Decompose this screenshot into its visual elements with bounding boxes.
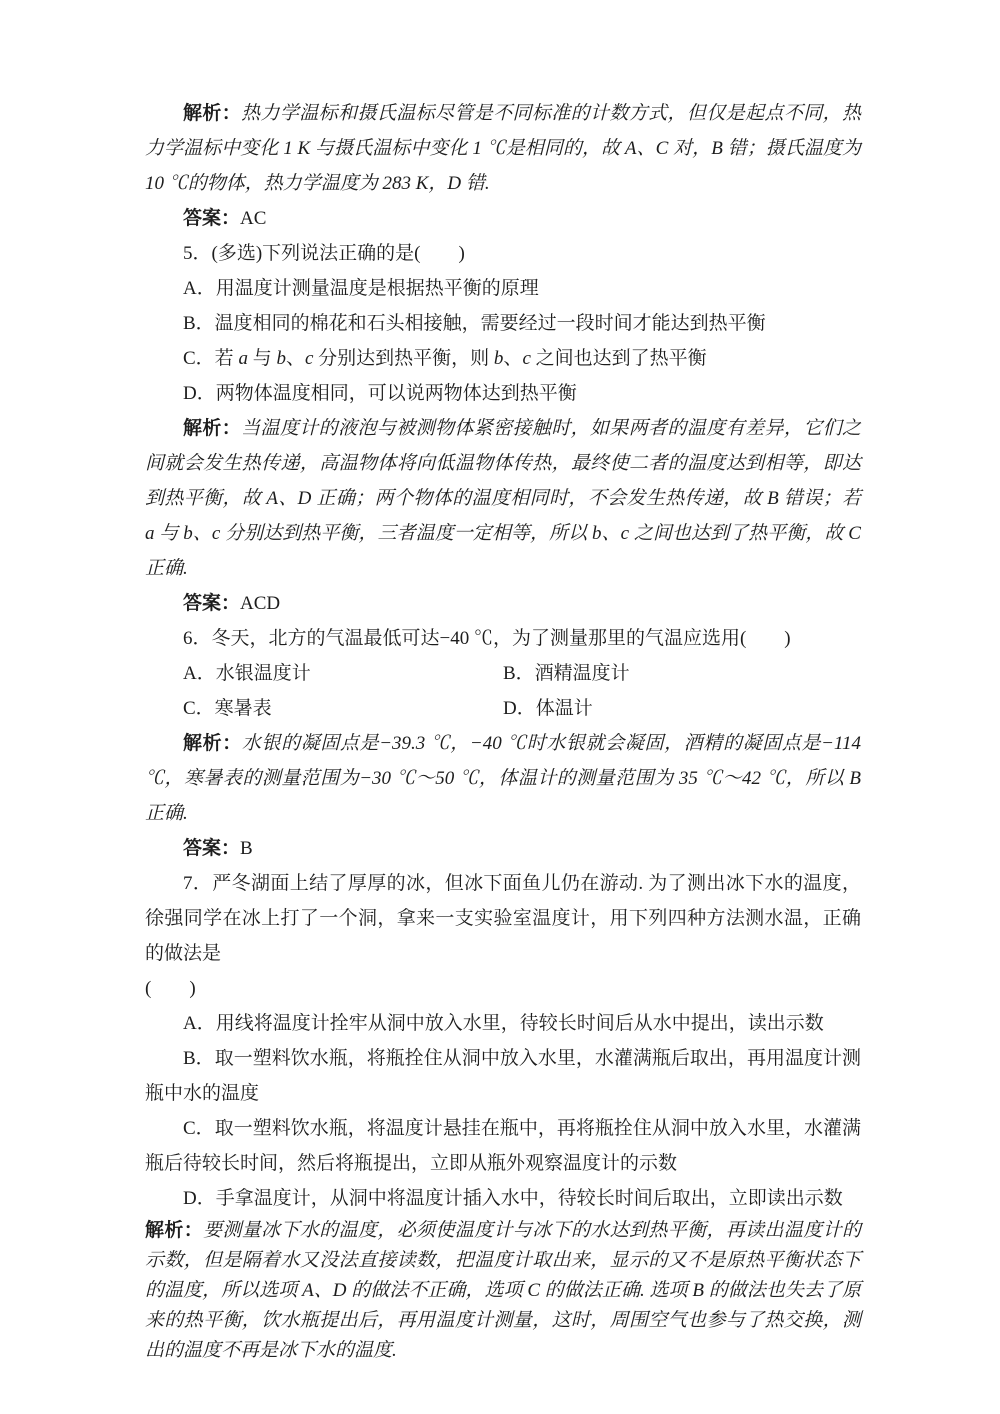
q5-analysis-paragraph: 解析：当温度计的液泡与被测物体紧密接触时，如果两者的温度有差异，它们之间就会发生… [145,411,861,586]
exercise-answer-page: 解析：热力学温标和摄氏温标尽管是不同标准的计数方式，但仅是起点不同，热力学温标中… [0,0,1000,1414]
q7-option-c: C．取一塑料饮水瓶，将温度计悬挂在瓶中，再将瓶拴住从洞中放入水里，水灌满瓶后待较… [145,1111,861,1181]
q4-analysis-label: 解析： [183,103,241,124]
q7-analysis-paragraph: 解析：要测量冰下水的温度，必须使温度计与冰下的水达到热平衡，再读出温度计的示数，… [145,1216,861,1366]
q4-answer-paragraph: 答案：AC [145,201,861,236]
q5-option-c: C．若 a 与 b、c 分别达到热平衡，则 b、c 之间也达到了热平衡 [145,341,861,376]
q5-analysis-text: 当温度计的液泡与被测物体紧密接触时，如果两者的温度有差异，它们之间就会发生热传递… [145,418,861,579]
q7-analysis-label: 解析： [145,1220,203,1241]
q6-analysis-label: 解析： [183,733,242,754]
q7-analysis-text: 要测量冰下水的温度，必须使温度计与冰下的水达到热平衡，再读出温度计的示数，但是隔… [145,1220,861,1361]
q4-analysis-text: 热力学温标和摄氏温标尽管是不同标准的计数方式，但仅是起点不同，热力学温标中变化 … [145,103,861,194]
q4-answer-value: AC [240,208,266,229]
q5-answer-label: 答案： [183,593,240,614]
q6-option-a: A．水银温度计 [145,656,503,691]
q5-option-b: B．温度相同的棉花和石头相接触，需要经过一段时间才能达到热平衡 [145,306,861,341]
q7-option-b: B．取一塑料饮水瓶，将瓶拴住从洞中放入水里，水灌满瓶后取出，再用温度计测瓶中水的… [145,1041,861,1111]
q5-option-d: D．两物体温度相同，可以说两物体达到热平衡 [145,376,861,411]
q4-answer-label: 答案： [183,208,240,229]
q5-analysis-label: 解析： [183,418,241,439]
q6-options-row-2: C．寒暑表 D．体温计 [145,691,861,726]
q6-analysis-paragraph: 解析：水银的凝固点是−39.3 ℃，−40 ℃时水银就会凝固，酒精的凝固点是−1… [145,726,861,831]
q6-answer-value: B [240,838,253,859]
q7-stem: 7．严冬湖面上结了厚厚的冰，但冰下面鱼儿仍在游动. 为了测出冰下水的温度，徐强同… [145,866,861,971]
q6-options-row-1: A．水银温度计 B．酒精温度计 [145,656,861,691]
q5-stem: 5．(多选)下列说法正确的是( ) [145,236,861,271]
q5-option-a: A．用温度计测量温度是根据热平衡的原理 [145,271,861,306]
q7-option-d: D．手拿温度计，从洞中将温度计插入水中，待较长时间后取出，立即读出示数 [145,1181,861,1216]
q7-option-a: A．用线将温度计拴牢从洞中放入水里，待较长时间后从水中提出，读出示数 [145,1006,861,1041]
q6-answer-paragraph: 答案：B [145,831,861,866]
q7-stem-text: 7．严冬湖面上结了厚厚的冰，但冰下面鱼儿仍在游动. 为了测出冰下水的温度，徐强同… [145,873,861,964]
q6-option-c: C．寒暑表 [145,691,503,726]
q5-answer-value: ACD [240,593,280,614]
content-column: 解析：热力学温标和摄氏温标尽管是不同标准的计数方式，但仅是起点不同，热力学温标中… [145,96,861,1366]
q7-stem-blank-parens: ( ) [145,971,861,1006]
q6-answer-label: 答案： [183,838,240,859]
q6-option-b: B．酒精温度计 [503,656,861,691]
q6-stem: 6．冬天，北方的气温最低可达−40 ℃，为了测量那里的气温应选用( ) [145,621,861,656]
q5-answer-paragraph: 答案：ACD [145,586,861,621]
q6-analysis-text: 水银的凝固点是−39.3 ℃，−40 ℃时水银就会凝固，酒精的凝固点是−114 … [145,733,861,824]
q6-option-d: D．体温计 [503,691,861,726]
q4-analysis-paragraph: 解析：热力学温标和摄氏温标尽管是不同标准的计数方式，但仅是起点不同，热力学温标中… [145,96,861,201]
